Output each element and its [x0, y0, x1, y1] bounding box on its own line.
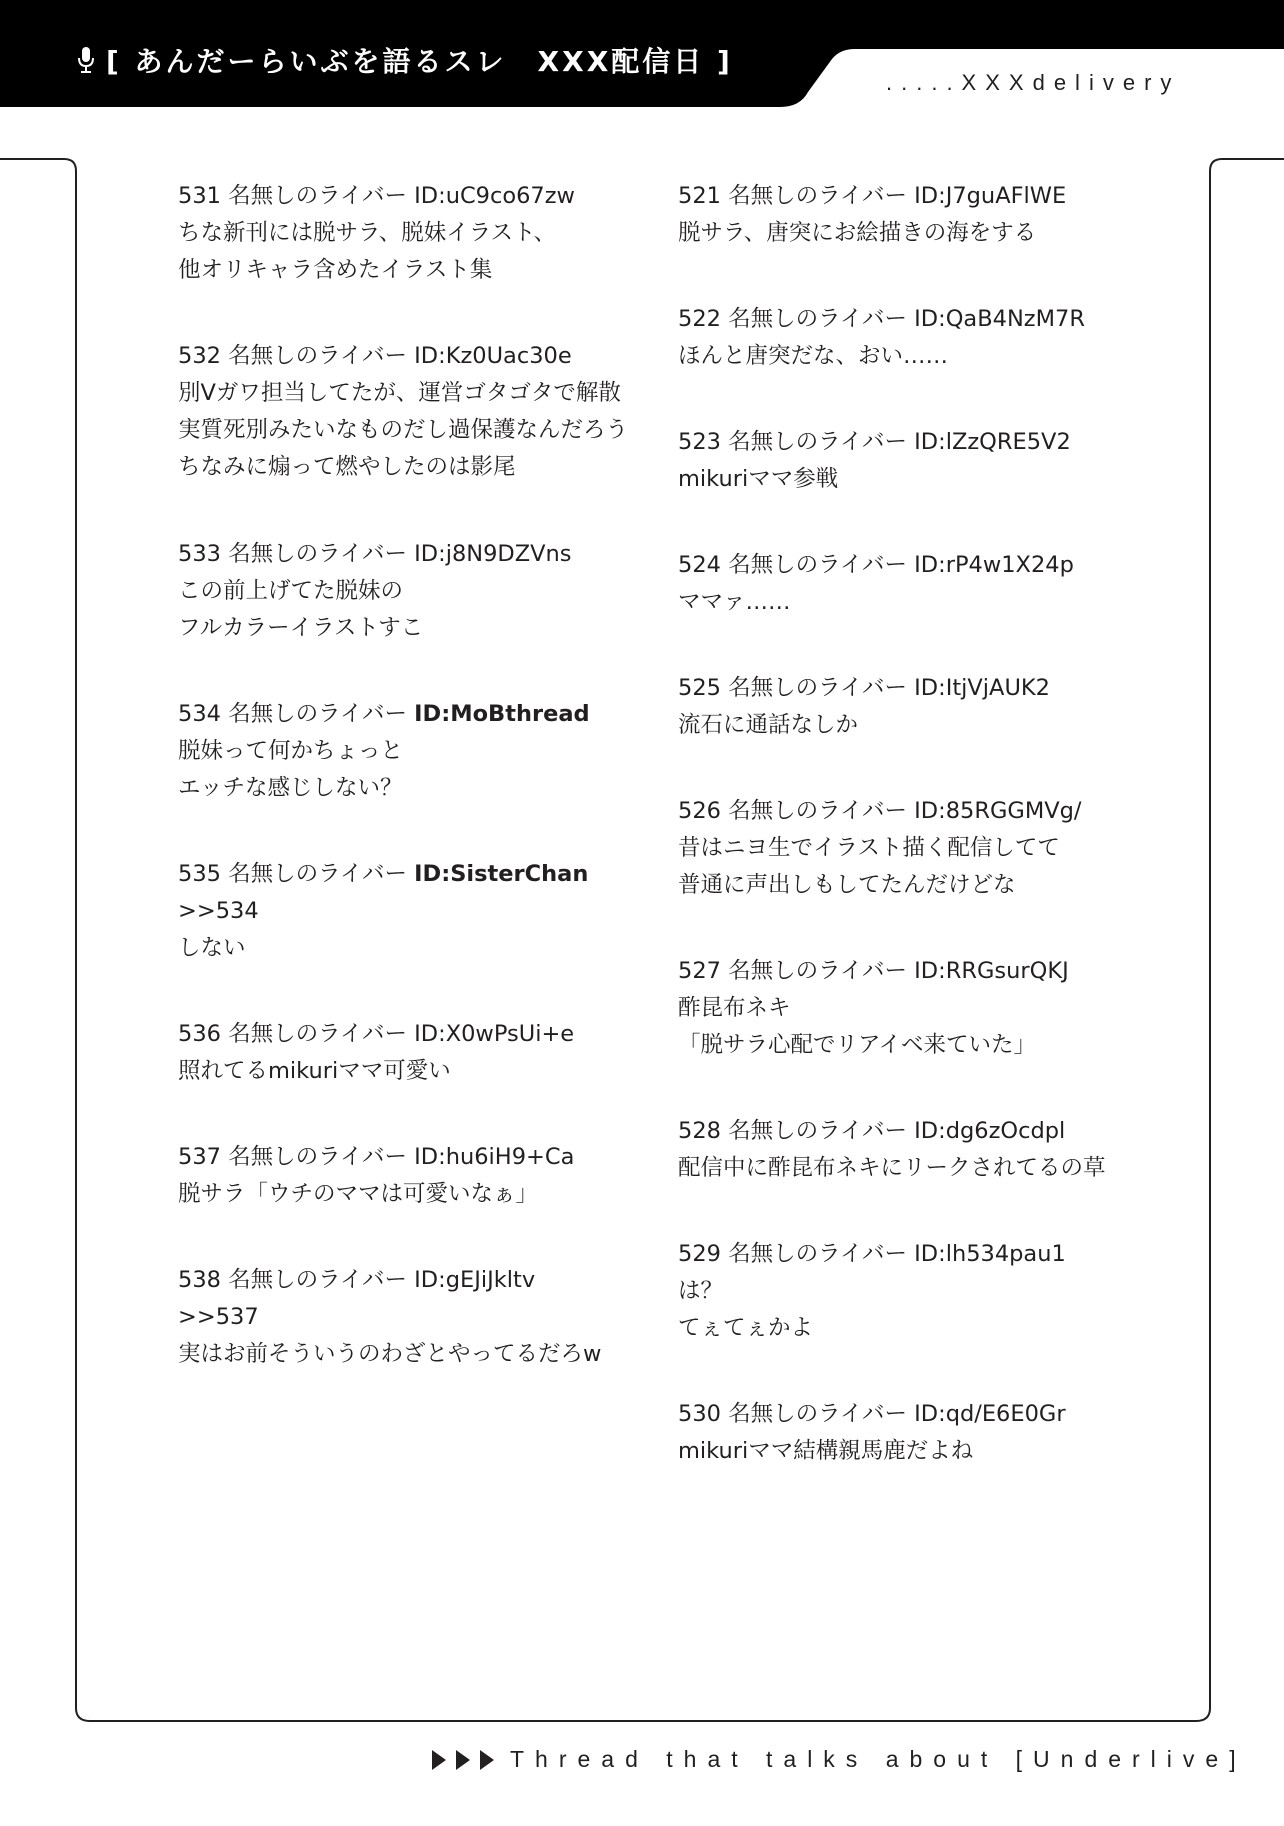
triple-triangle-arrow-icon [432, 1750, 504, 1770]
post-body-line: 流石に通話なしか [678, 707, 1050, 744]
post-header: 526 名無しのライバー ID:85RGGMVg/ [678, 793, 1082, 830]
post-body-line: 実はお前そういうのわざとやってるだろw [178, 1336, 601, 1373]
post-body-line: 昔はニヨ生でイラスト描く配信してて [678, 830, 1082, 867]
post-534: 534 名無しのライバー ID:MoBthread 脱妹って何かちょっと エッチ… [178, 696, 590, 807]
poster-name: 名無しのライバー [728, 1401, 907, 1427]
post-521: 521 名無しのライバー ID:J7guAFlWE 脱サラ、唐突にお絵描きの海を… [678, 178, 1066, 252]
post-body-line: てぇてぇかよ [678, 1310, 1066, 1347]
post-header: 521 名無しのライバー ID:J7guAFlWE [678, 178, 1066, 215]
poster-id: ID:X0wPsUi+e [414, 1021, 574, 1047]
poster-id: ID:lZzQRE5V2 [914, 429, 1071, 455]
post-530: 530 名無しのライバー ID:qd/E6E0Gr mikuriママ結構親馬鹿だ… [678, 1396, 1066, 1470]
post-body-line: は？ [678, 1273, 1066, 1310]
poster-id: ID:J7guAFlWE [914, 183, 1066, 209]
post-538: 538 名無しのライバー ID:gEJiJkltv >>537 実はお前そういう… [178, 1262, 601, 1373]
post-header: 527 名無しのライバー ID:RRGsurQKJ [678, 953, 1069, 990]
poster-name: 名無しのライバー [228, 1021, 407, 1047]
poster-id: ID:ItjVjAUK2 [914, 675, 1050, 701]
post-body-line: しない [178, 930, 588, 967]
post-header: 537 名無しのライバー ID:hu6iH9+Ca [178, 1139, 574, 1176]
post-532: 532 名無しのライバー ID:Kz0Uac30e 別Vガワ担当してたが、運営ゴ… [178, 338, 628, 486]
post-body-line: 配信中に酢昆布ネキにリークされてるの草 [678, 1150, 1106, 1187]
poster-id: ID:qd/E6E0Gr [914, 1401, 1065, 1427]
post-header: 533 名無しのライバー ID:j8N9DZVns [178, 536, 572, 573]
post-header: 528 名無しのライバー ID:dg6zOcdpl [678, 1113, 1106, 1150]
post-body-line: 酢昆布ネキ [678, 990, 1069, 1027]
post-header: 525 名無しのライバー ID:ItjVjAUK2 [678, 670, 1050, 707]
poster-name: 名無しのライバー [228, 701, 407, 727]
post-body-line: mikuriママ参戦 [678, 461, 1071, 498]
poster-name: 名無しのライバー [728, 1241, 907, 1267]
post-523: 523 名無しのライバー ID:lZzQRE5V2 mikuriママ参戦 [678, 424, 1071, 498]
post-536: 536 名無しのライバー ID:X0wPsUi+e 照れてるmikuriママ可愛… [178, 1016, 574, 1090]
post-number: 536 [178, 1021, 221, 1047]
post-number: 526 [678, 798, 721, 824]
poster-id: ID:hu6iH9+Ca [414, 1144, 574, 1170]
post-537: 537 名無しのライバー ID:hu6iH9+Ca 脱サラ「ウチのママは可愛いな… [178, 1139, 574, 1213]
post-body-line: この前上げてた脱妹の [178, 573, 572, 610]
post-number: 521 [678, 183, 721, 209]
post-number: 534 [178, 701, 221, 727]
page-footer: Thread that talks about [Underlive] [432, 1746, 1247, 1773]
poster-name: 名無しのライバー [228, 343, 407, 369]
poster-id: ID:lh534pau1 [914, 1241, 1066, 1267]
post-528: 528 名無しのライバー ID:dg6zOcdpl 配信中に酢昆布ネキにリークさ… [678, 1113, 1106, 1187]
post-number: 525 [678, 675, 721, 701]
post-body-line: 照れてるmikuriママ可愛い [178, 1053, 574, 1090]
post-number: 532 [178, 343, 221, 369]
post-body-line: ちなみに煽って燃やしたのは影尾 [178, 449, 628, 486]
poster-id: ID:j8N9DZVns [414, 541, 571, 567]
poster-name: 名無しのライバー [728, 552, 907, 578]
reply-anchor: >>537 [178, 1299, 601, 1336]
post-number: 522 [678, 306, 721, 332]
post-header: 531 名無しのライバー ID:uC9co67zw [178, 178, 575, 215]
post-524: 524 名無しのライバー ID:rP4w1X24p ママァ…… [678, 547, 1074, 621]
poster-name: 名無しのライバー [728, 183, 907, 209]
post-number: 529 [678, 1241, 721, 1267]
post-body-line: 脱サラ「ウチのママは可愛いなぁ」 [178, 1176, 574, 1213]
post-body-line: 別Vガワ担当してたが、運営ゴタゴタで解散 [178, 375, 628, 412]
poster-name: 名無しのライバー [228, 1144, 407, 1170]
poster-name: 名無しのライバー [228, 861, 407, 887]
post-body-line: 脱妹って何かちょっと [178, 733, 590, 770]
poster-name: 名無しのライバー [728, 958, 907, 984]
post-522: 522 名無しのライバー ID:QaB4NzM7R ほんと唐突だな、おい…… [678, 301, 1085, 375]
poster-id: ID:Kz0Uac30e [414, 343, 572, 369]
post-body-line: 他オリキャラ含めたイラスト集 [178, 252, 575, 289]
post-body-line: 実質死別みたいなものだし過保護なんだろう [178, 412, 628, 449]
poster-name: 名無しのライバー [728, 306, 907, 332]
post-526: 526 名無しのライバー ID:85RGGMVg/ 昔はニヨ生でイラスト描く配信… [678, 793, 1082, 904]
post-body-line: ちな新刊には脱サラ、脱妹イラスト、 [178, 215, 575, 252]
poster-name: 名無しのライバー [728, 798, 907, 824]
post-body-line: フルカラーイラストすこ [178, 610, 572, 647]
poster-id: ID:85RGGMVg/ [914, 798, 1081, 824]
post-body-line: 普通に声出しもしてたんだけどな [678, 867, 1082, 904]
post-number: 533 [178, 541, 221, 567]
poster-name: 名無しのライバー [228, 183, 407, 209]
post-number: 530 [678, 1401, 721, 1427]
post-number: 537 [178, 1144, 221, 1170]
post-header: 536 名無しのライバー ID:X0wPsUi+e [178, 1016, 574, 1053]
post-527: 527 名無しのライバー ID:RRGsurQKJ 酢昆布ネキ 「脱サラ心配でリ… [678, 953, 1069, 1064]
poster-id: ID:dg6zOcdpl [914, 1118, 1065, 1144]
post-number: 538 [178, 1267, 221, 1293]
post-533: 533 名無しのライバー ID:j8N9DZVns この前上げてた脱妹の フルカ… [178, 536, 572, 647]
post-529: 529 名無しのライバー ID:lh534pau1 は？ てぇてぇかよ [678, 1236, 1066, 1347]
poster-id: ID:gEJiJkltv [414, 1267, 535, 1293]
post-531: 531 名無しのライバー ID:uC9co67zw ちな新刊には脱サラ、脱妹イラ… [178, 178, 575, 289]
footer-text: Thread that talks about [Underlive] [510, 1746, 1247, 1773]
reply-anchor: >>534 [178, 893, 588, 930]
post-header: 523 名無しのライバー ID:lZzQRE5V2 [678, 424, 1071, 461]
post-header: 534 名無しのライバー ID:MoBthread [178, 696, 590, 733]
post-body-line: ママァ…… [678, 584, 1074, 621]
post-header: 538 名無しのライバー ID:gEJiJkltv [178, 1262, 601, 1299]
post-header: 524 名無しのライバー ID:rP4w1X24p [678, 547, 1074, 584]
post-header: 535 名無しのライバー ID:SisterChan [178, 856, 588, 893]
poster-name: 名無しのライバー [728, 1118, 907, 1144]
post-number: 523 [678, 429, 721, 455]
post-body-line: エッチな感じしない？ [178, 770, 590, 807]
post-body-line: ほんと唐突だな、おい…… [678, 338, 1085, 375]
post-535: 535 名無しのライバー ID:SisterChan >>534 しない [178, 856, 588, 967]
post-number: 527 [678, 958, 721, 984]
post-number: 531 [178, 183, 221, 209]
post-525: 525 名無しのライバー ID:ItjVjAUK2 流石に通話なしか [678, 670, 1050, 744]
poster-name: 名無しのライバー [228, 1267, 407, 1293]
post-body-line: 脱サラ、唐突にお絵描きの海をする [678, 215, 1066, 252]
poster-id: ID:rP4w1X24p [914, 552, 1074, 578]
poster-name: 名無しのライバー [728, 429, 907, 455]
poster-id: ID:uC9co67zw [414, 183, 575, 209]
poster-id: ID:QaB4NzM7R [914, 306, 1085, 332]
post-header: 532 名無しのライバー ID:Kz0Uac30e [178, 338, 628, 375]
post-body-line: 「脱サラ心配でリアイベ来ていた」 [678, 1027, 1069, 1064]
post-header: 530 名無しのライバー ID:qd/E6E0Gr [678, 1396, 1066, 1433]
post-number: 535 [178, 861, 221, 887]
post-number: 524 [678, 552, 721, 578]
post-header: 529 名無しのライバー ID:lh534pau1 [678, 1236, 1066, 1273]
post-header: 522 名無しのライバー ID:QaB4NzM7R [678, 301, 1085, 338]
poster-id: ID:RRGsurQKJ [914, 958, 1069, 984]
poster-name: 名無しのライバー [728, 675, 907, 701]
post-number: 528 [678, 1118, 721, 1144]
poster-id: ID:MoBthread [414, 701, 589, 727]
poster-id: ID:SisterChan [414, 861, 588, 887]
poster-name: 名無しのライバー [228, 541, 407, 567]
post-body-line: mikuriママ結構親馬鹿だよね [678, 1433, 1066, 1470]
